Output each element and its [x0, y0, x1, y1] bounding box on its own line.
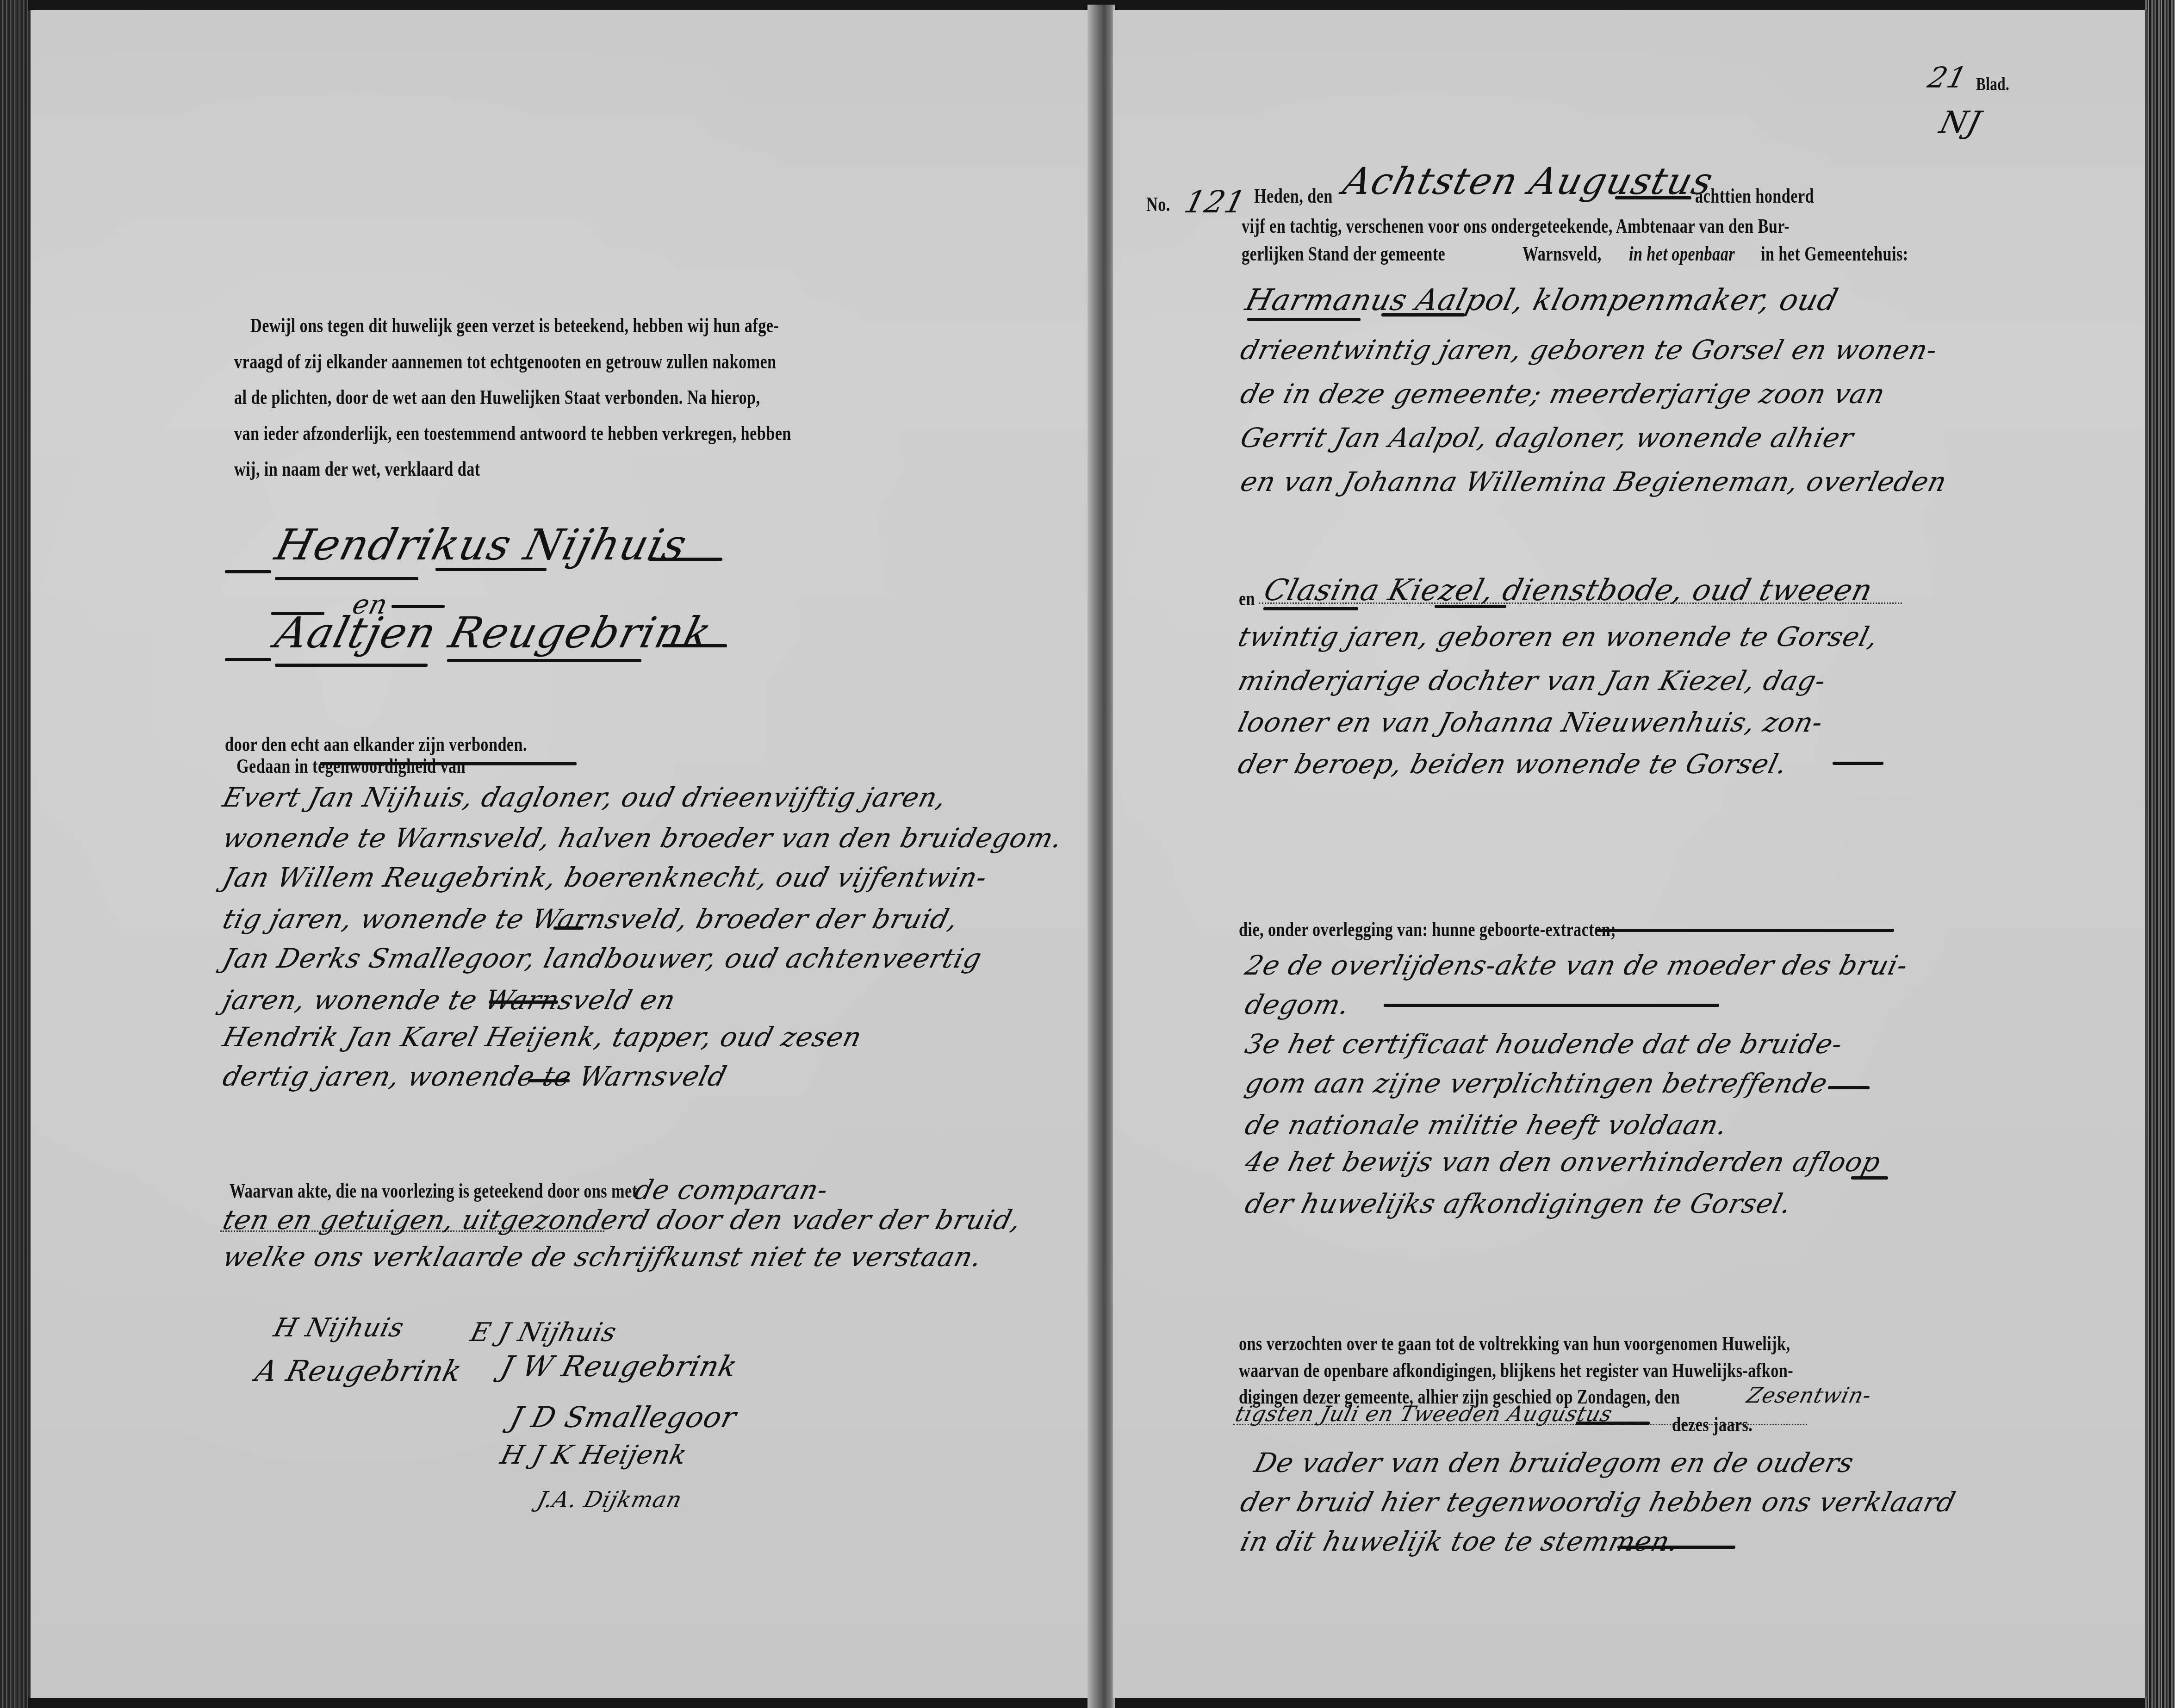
document-item-2: 2e de overlijdens-akte van de moeder des… — [1243, 952, 1911, 979]
groom-line-2: drieentwintig jaren, geboren te Gorsel e… — [1238, 336, 1940, 363]
bride-line-2: twintig jaren, geboren en wonende te Gor… — [1236, 623, 1881, 650]
dash-rule — [1851, 1176, 1888, 1180]
closing-hand-1: de comparan- — [632, 1176, 831, 1203]
dash-rule — [1617, 1546, 1735, 1549]
bride-line-5: der beroep, beiden wonende te Gorsel. — [1236, 751, 1790, 777]
witness-line-6: jaren, wonende te Warnsveld en — [220, 987, 678, 1013]
proclamation-date-1: Zesentwin- — [1745, 1385, 1874, 1406]
dash-rule — [391, 605, 445, 608]
dash-rule — [662, 644, 727, 647]
document-item-3-cont: gom aan zijne verplichtingen betreffende — [1243, 1070, 1830, 1097]
in-het-openbaar: in het openbaar — [1629, 244, 1735, 264]
request-line-1: ons verzochten over te gaan tot de voltr… — [1239, 1334, 1790, 1354]
dash-rule — [528, 1079, 570, 1082]
intro-line-5: wij, in naam der wet, verklaard dat — [234, 459, 480, 479]
witness-line-1: Evert Jan Nijhuis, dagloner, oud drieenv… — [220, 784, 949, 811]
act-number: 121 — [1181, 187, 1249, 217]
document-item-3: 3e het certificaat houdende dat de bruid… — [1243, 1031, 1846, 1057]
signature-witness-4: H J K Heijenk — [498, 1442, 690, 1468]
right-page: 21 Blad. NJ No. 121 Heden, den Achtsten … — [1113, 10, 2148, 1698]
united-text: door den echt aan elkander zijn verbonde… — [225, 734, 527, 755]
groom-name: Hendrikus Nijhuis — [271, 524, 691, 566]
bride-line-1: Clasina Kiezel, dienstbode, oud tweeen — [1261, 576, 1876, 605]
signature-witness-1: E J Nijhuis — [468, 1320, 619, 1346]
gemeentehuis: in het Gemeentehuis: — [1761, 244, 1908, 264]
intro-line-4: van ieder afzonderlijk, een toestemmend … — [234, 423, 791, 444]
intro-line-1: Dewijl ons tegen dit huwelijk geen verze… — [250, 316, 779, 336]
proclamation-date-2: tigsten Juli en Tweeden Augustus — [1233, 1403, 1615, 1424]
signature-groom: H Nijhuis — [271, 1315, 407, 1341]
groom-line-5: en van Johanna Willemina Begieneman, ove… — [1238, 468, 1950, 495]
witness-line-4: tig jaren, wonende te Warnsveld, broeder… — [220, 906, 961, 932]
book-edge-right — [2145, 0, 2175, 1708]
closing-printed: Waarvan akte, die na voorlezing is getee… — [230, 1181, 637, 1201]
document-item-2-cont: degom. — [1243, 991, 1352, 1018]
dash-rule — [1615, 196, 1691, 199]
bride-line-3: minderjarige dochter van Jan Kiezel, dag… — [1236, 667, 1829, 694]
name-underline — [1381, 313, 1465, 317]
dash-rule — [553, 926, 584, 930]
signature-witness-2: J W Reugebrink — [498, 1352, 740, 1381]
witness-line-3: Jan Willem Reugebrink, boerenknecht, oud… — [220, 864, 990, 891]
heden-label: Heden, den — [1254, 186, 1333, 206]
dezes-jaars: dezes jaars. — [1672, 1415, 1752, 1435]
dash-rule — [648, 558, 722, 561]
signature-witness-3: J D Smallegoor — [507, 1403, 739, 1432]
dash-rule — [1576, 1422, 1650, 1425]
witness-line-5: Jan Derks Smallegoor, landbouwer, oud ac… — [220, 945, 984, 972]
bride-line-4: looner en van Johanna Nieuwenhuis, zon- — [1236, 709, 1826, 736]
book-gutter — [1087, 5, 1115, 1708]
dash-rule — [225, 658, 271, 661]
document-item-3-end: de nationale militie heeft voldaan. — [1243, 1112, 1730, 1138]
dash-rule — [1596, 929, 1894, 932]
name-underline — [1435, 605, 1506, 608]
name-underline — [435, 568, 547, 571]
intro-line-2: vraagd of zij elkander aannemen tot echt… — [234, 352, 777, 372]
dash-rule — [1833, 762, 1883, 765]
folio-initials: NJ — [1937, 107, 1984, 138]
closing-hand-2: ten en getuigen, uitgezonderd door den v… — [220, 1206, 1024, 1233]
document-item-4-cont: der huwelijks afkondigingen te Gorsel. — [1243, 1190, 1795, 1217]
intro-line-3: al de plichten, door de wet aan den Huwe… — [234, 387, 760, 408]
consent-line-2: der bruid hier tegenwoordig hebben ons v… — [1238, 1489, 1958, 1515]
name-underline — [1263, 607, 1358, 610]
dash-rule — [1828, 1086, 1870, 1089]
municipality: Warnsveld, — [1522, 244, 1602, 264]
witnesses-intro: Gedaan in tegenwoordigheid van — [236, 756, 466, 776]
marriage-date: Achtsten Augustus — [1340, 163, 1717, 200]
witness-line-7: Hendrik Jan Karel Heijenk, tapper, oud z… — [220, 1024, 864, 1050]
folio-label: Blad. — [1976, 75, 2009, 93]
dash-rule — [225, 570, 271, 573]
signature-bride: A Reugebrink — [253, 1357, 465, 1385]
dash-rule — [1384, 1004, 1719, 1007]
dash-rule — [489, 1000, 558, 1004]
folio-number: 21 — [1925, 63, 1970, 92]
name-underline — [275, 577, 418, 580]
preamble-line-2: gerlijken Stand der gemeente — [1242, 244, 1445, 264]
act-number-label: No. — [1146, 194, 1170, 215]
document-item-4: 4e het bewijs van den onverhinderden afl… — [1243, 1149, 1883, 1175]
groom-line-3: de in deze gemeente; meerderjarige zoon … — [1238, 380, 1888, 407]
left-page: Dewijl ons tegen dit huwelijk geen verze… — [28, 10, 1109, 1698]
consent-line-1: De vader van den bruidegom en de ouders — [1252, 1449, 1857, 1476]
bride-prefix: en — [1239, 589, 1255, 609]
request-line-2: waarvan de openbare afkondigingen, blijk… — [1239, 1360, 1793, 1381]
consent-line-3: in dit huwelijk toe te stemmen. — [1238, 1528, 1682, 1555]
groom-line-4: Gerrit Jan Aalpol, dagloner, wonende alh… — [1238, 424, 1857, 451]
preamble-line-1: vijf en tachtig, verschenen voor ons ond… — [1242, 216, 1790, 236]
signature-registrar: J.A. Dijkman — [535, 1489, 684, 1511]
groom-line-1: Harmanus Aalpol, klompenmaker, oud — [1243, 286, 1841, 315]
year-start: achttien honderd — [1695, 186, 1814, 206]
witness-line-8: dertig jaren, wonende te Warnsveld — [220, 1063, 729, 1090]
book-edge-left — [0, 0, 28, 1708]
scanned-register-spread: Dewijl ons tegen dit huwelijk geen verze… — [0, 0, 2175, 1708]
bride-name: Aaltjen Reugebrink — [271, 612, 716, 654]
name-underline — [1247, 318, 1361, 321]
documents-intro: die, onder overlegging van: hunne geboor… — [1239, 919, 1616, 940]
witness-line-2: wonende te Warnsveld, halven broeder van… — [220, 825, 1065, 851]
name-underline — [447, 659, 641, 662]
closing-hand-3: welke ons verklaarde de schrijfkunst nie… — [220, 1243, 985, 1270]
dash-rule — [320, 762, 577, 765]
name-underline — [275, 664, 428, 667]
